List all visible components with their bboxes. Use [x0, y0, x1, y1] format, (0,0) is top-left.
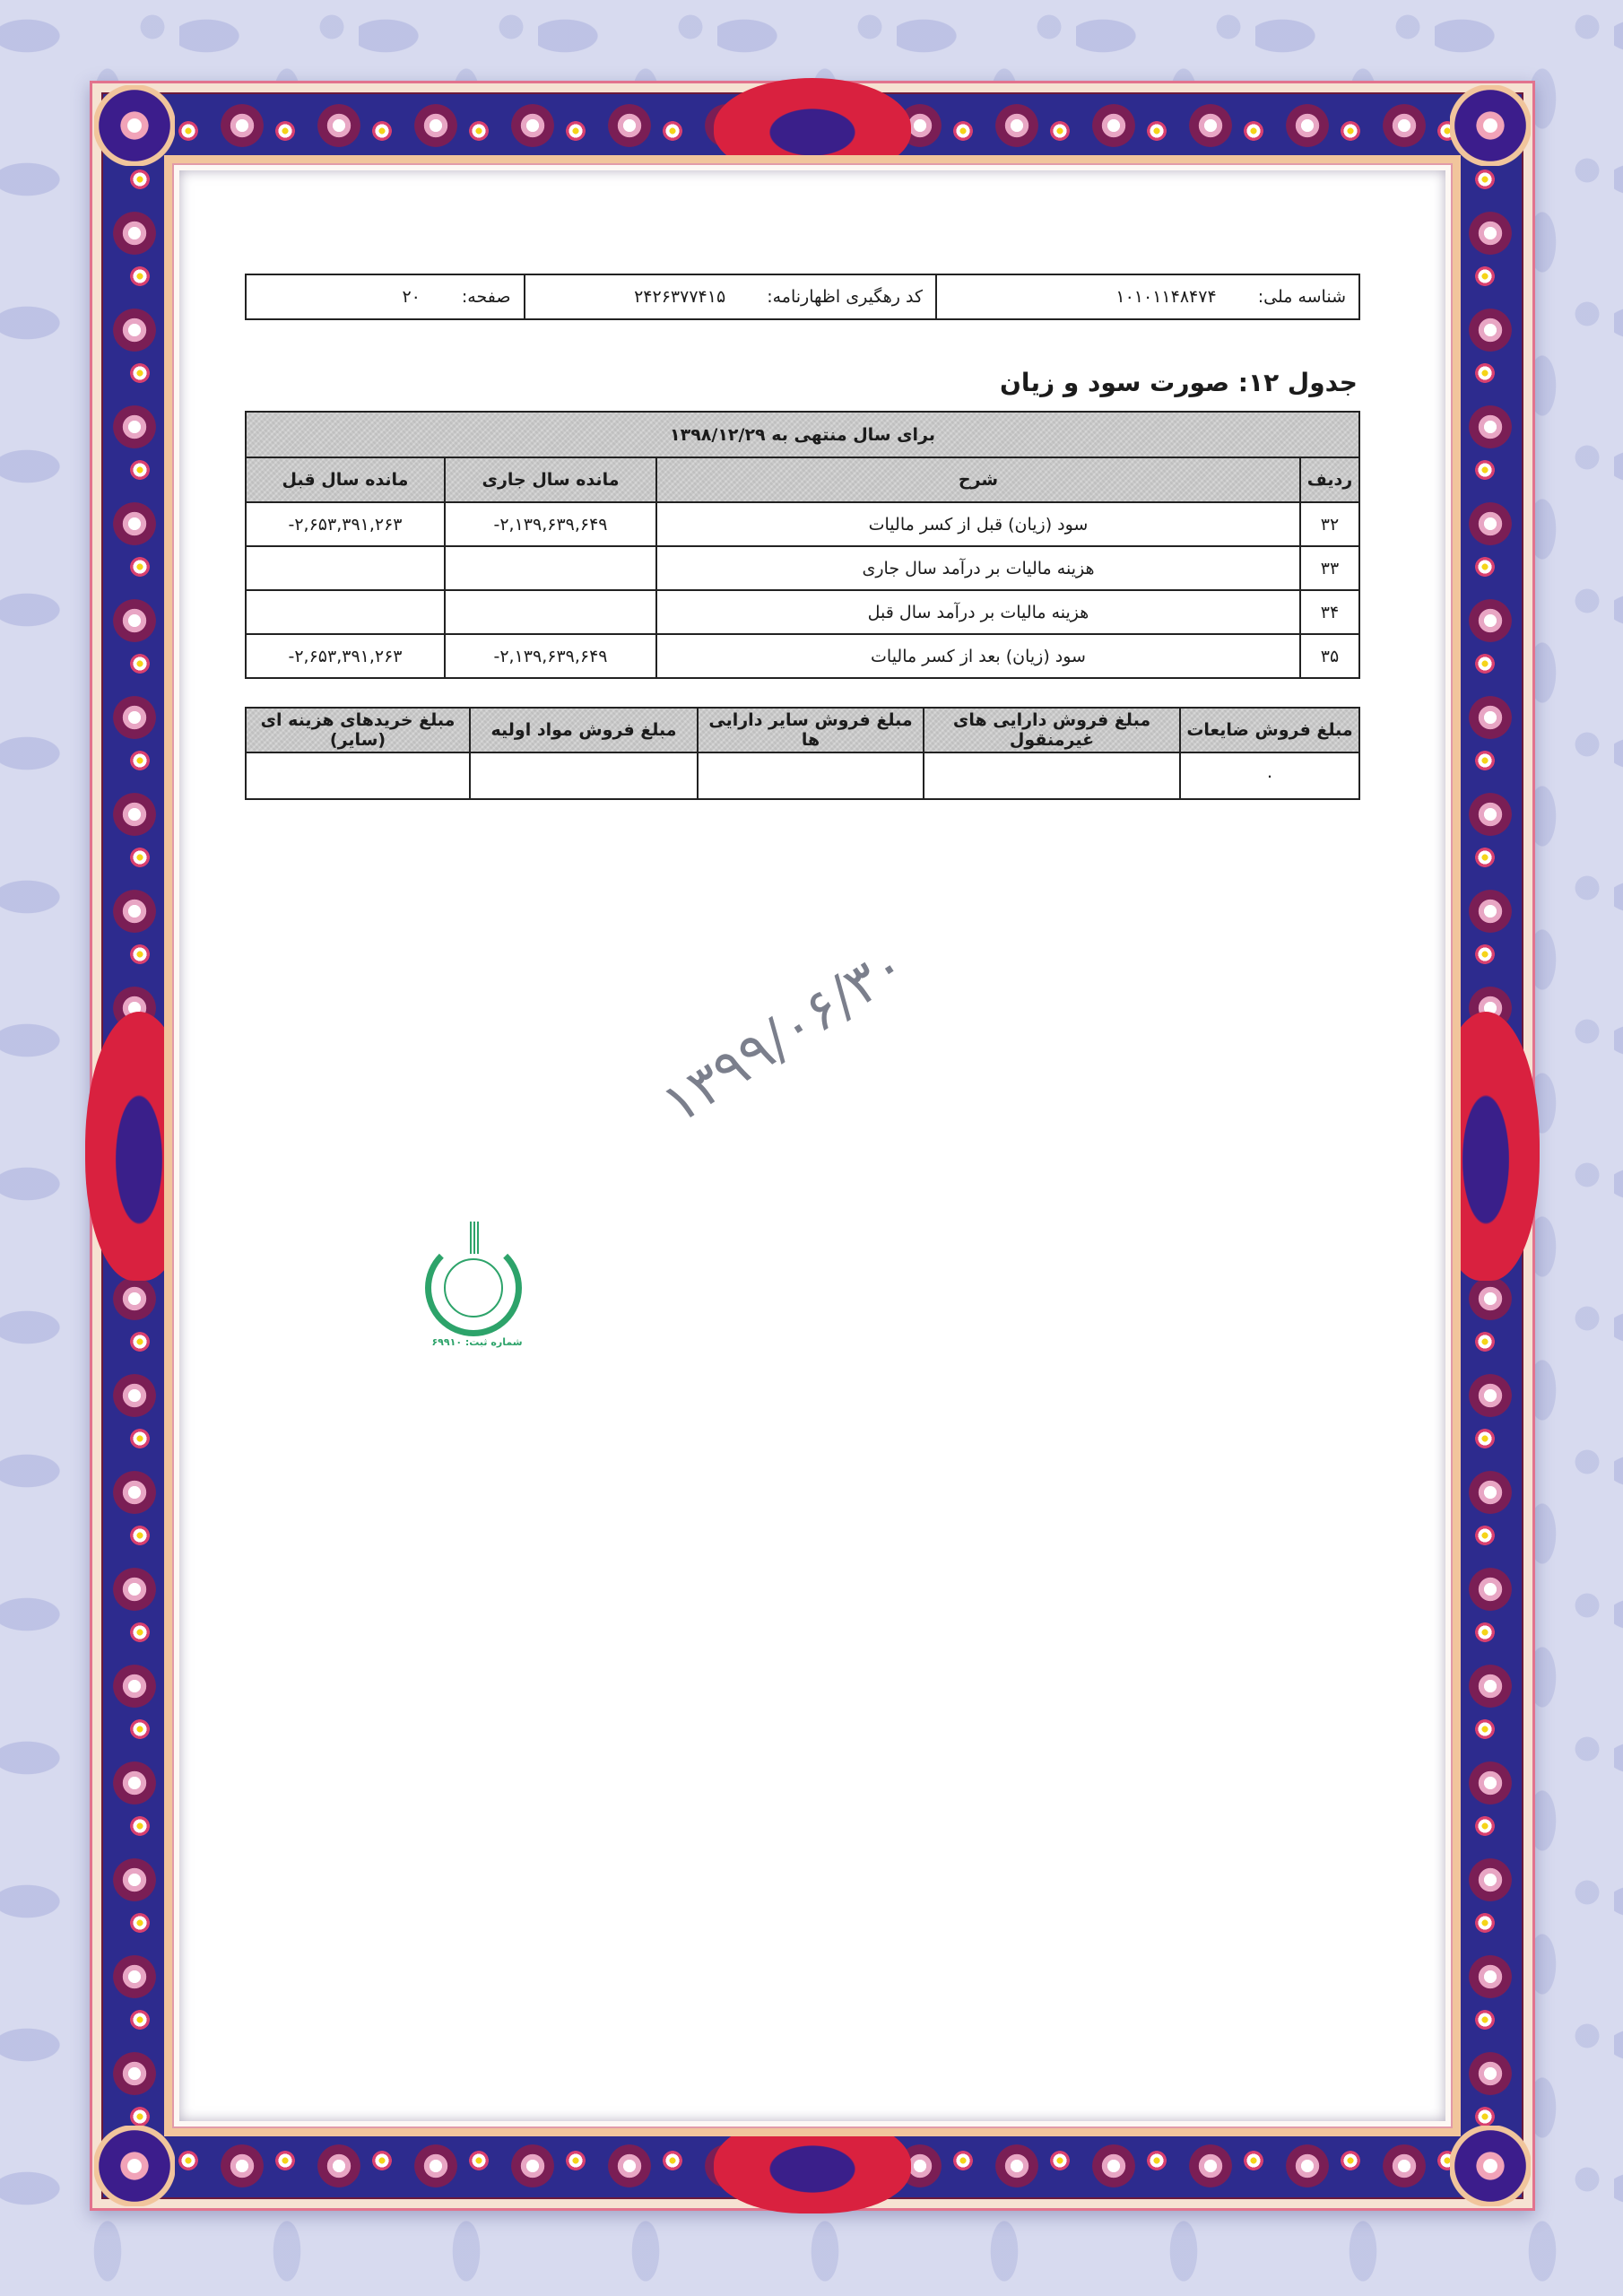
column-header-current-year: مانده سال جاری — [445, 457, 656, 502]
page-value: ۲۰ — [402, 287, 420, 307]
scrap-sales-value: ۰ — [1180, 752, 1359, 799]
table-row: ۳۲ سود (زیان) قبل از کسر مالیات -۲,۱۳۹,۶… — [246, 502, 1359, 546]
row-number: ۳۲ — [1300, 502, 1359, 546]
row-description: هزینه مالیات بر درآمد سال جاری — [656, 546, 1300, 590]
column-header-previous-year: مانده سال قبل — [246, 457, 445, 502]
column-header-other-asset-sales: مبلغ فروش سایر دارایی ها — [698, 708, 924, 752]
document-content: شناسه ملی: ۱۰۱۰۱۱۴۸۴۷۴ کد رهگیری اظهارنا… — [0, 0, 1623, 2296]
column-header-raw-material-sales: مبلغ فروش مواد اولیه — [470, 708, 698, 752]
row-previous-year — [246, 546, 445, 590]
national-id-value: ۱۰۱۰۱۱۴۸۴۷۴ — [1115, 287, 1216, 307]
row-previous-year: -۲,۶۵۳,۳۹۱,۲۶۳ — [246, 634, 445, 678]
document-header-table: شناسه ملی: ۱۰۱۰۱۱۴۸۴۷۴ کد رهگیری اظهارنا… — [245, 274, 1360, 320]
immovable-asset-sales-value — [924, 752, 1180, 799]
raw-material-sales-value — [470, 752, 698, 799]
table-row: ۳۵ سود (زیان) بعد از کسر مالیات -۲,۱۳۹,۶… — [246, 634, 1359, 678]
period-caption: برای سال منتهی به ۱۳۹۸/۱۲/۲۹ — [246, 412, 1359, 457]
column-header-immovable-asset-sales: مبلغ فروش دارایی های غیرمنقول — [924, 708, 1180, 752]
sales-table: مبلغ فروش ضایعات مبلغ فروش دارایی های غی… — [245, 707, 1360, 800]
tracking-code-cell: کد رهگیری اظهارنامه: ۲۴۲۶۳۷۷۴۱۵ — [525, 274, 937, 319]
table-row: ۰ — [246, 752, 1359, 799]
table-title: جدول ۱۲: صورت سود و زیان — [1000, 368, 1358, 397]
row-previous-year — [246, 590, 445, 634]
row-number: ۳۵ — [1300, 634, 1359, 678]
income-statement-table: برای سال منتهی به ۱۳۹۸/۱۲/۲۹ ردیف شرح ما… — [245, 411, 1360, 679]
row-number: ۳۳ — [1300, 546, 1359, 590]
column-header-scrap-sales: مبلغ فروش ضایعات — [1180, 708, 1359, 752]
row-current-year — [445, 546, 656, 590]
row-current-year: -۲,۱۳۹,۶۳۹,۶۴۹ — [445, 502, 656, 546]
company-stamp: شماره ثبت: ۶۹۹۱۰ — [414, 1222, 540, 1356]
expense-purchases-value — [246, 752, 470, 799]
national-id-cell: شناسه ملی: ۱۰۱۰۱۱۴۸۴۷۴ — [936, 274, 1359, 319]
tracking-code-value: ۲۴۲۶۳۷۷۴۱۵ — [634, 287, 725, 307]
other-asset-sales-value — [698, 752, 924, 799]
national-id-label: شناسه ملی: — [1258, 287, 1346, 307]
page-label: صفحه: — [462, 287, 511, 307]
handwritten-date: ۱۳۹۹/۰۶/۳۰ — [650, 931, 917, 1136]
row-description: سود (زیان) قبل از کسر مالیات — [656, 502, 1300, 546]
column-header-expense-purchases: مبلغ خریدهای هزینه ای (سایر) — [246, 708, 470, 752]
table-row: ۳۴ هزینه مالیات بر درآمد سال قبل — [246, 590, 1359, 634]
row-description: هزینه مالیات بر درآمد سال قبل — [656, 590, 1300, 634]
row-current-year: -۲,۱۳۹,۶۳۹,۶۴۹ — [445, 634, 656, 678]
column-header-description: شرح — [656, 457, 1300, 502]
stamp-registration-number: شماره ثبت: ۶۹۹۱۰ — [414, 1336, 540, 1348]
row-current-year — [445, 590, 656, 634]
row-description: سود (زیان) بعد از کسر مالیات — [656, 634, 1300, 678]
row-previous-year: -۲,۶۵۳,۳۹۱,۲۶۳ — [246, 502, 445, 546]
table-row: ۳۳ هزینه مالیات بر درآمد سال جاری — [246, 546, 1359, 590]
column-header-row-number: ردیف — [1300, 457, 1359, 502]
tracking-code-label: کد رهگیری اظهارنامه: — [767, 287, 923, 307]
row-number: ۳۴ — [1300, 590, 1359, 634]
page-number-cell: صفحه: ۲۰ — [246, 274, 525, 319]
